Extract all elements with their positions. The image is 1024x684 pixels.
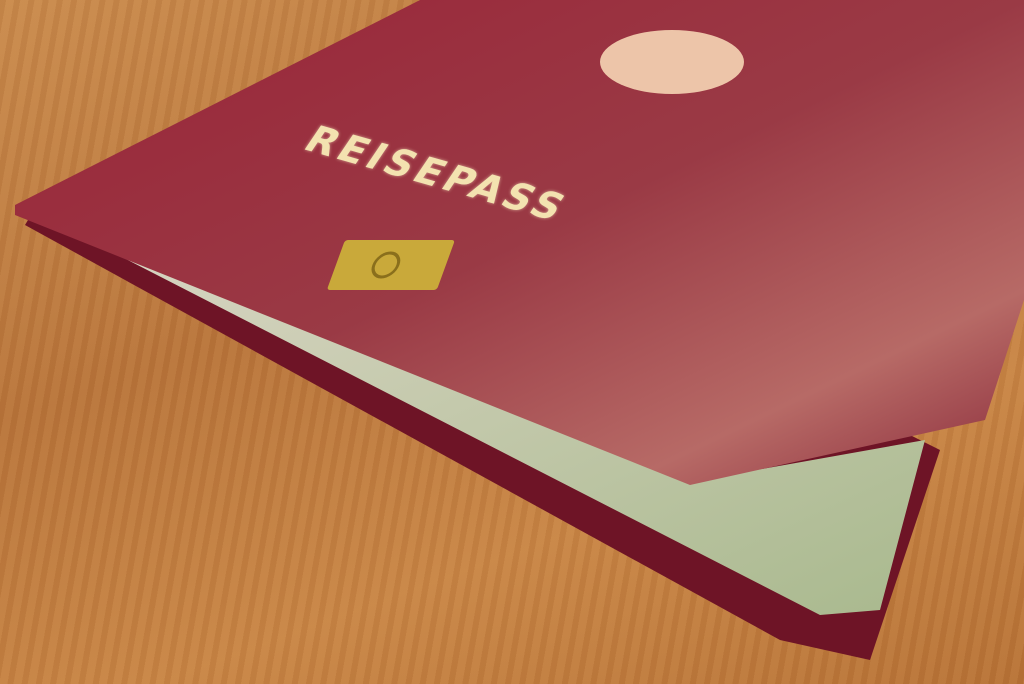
passport (0, 0, 1024, 684)
front-cover (15, 0, 1024, 485)
biometric-chip-icon (327, 240, 455, 290)
coat-of-arms-icon (600, 30, 744, 94)
